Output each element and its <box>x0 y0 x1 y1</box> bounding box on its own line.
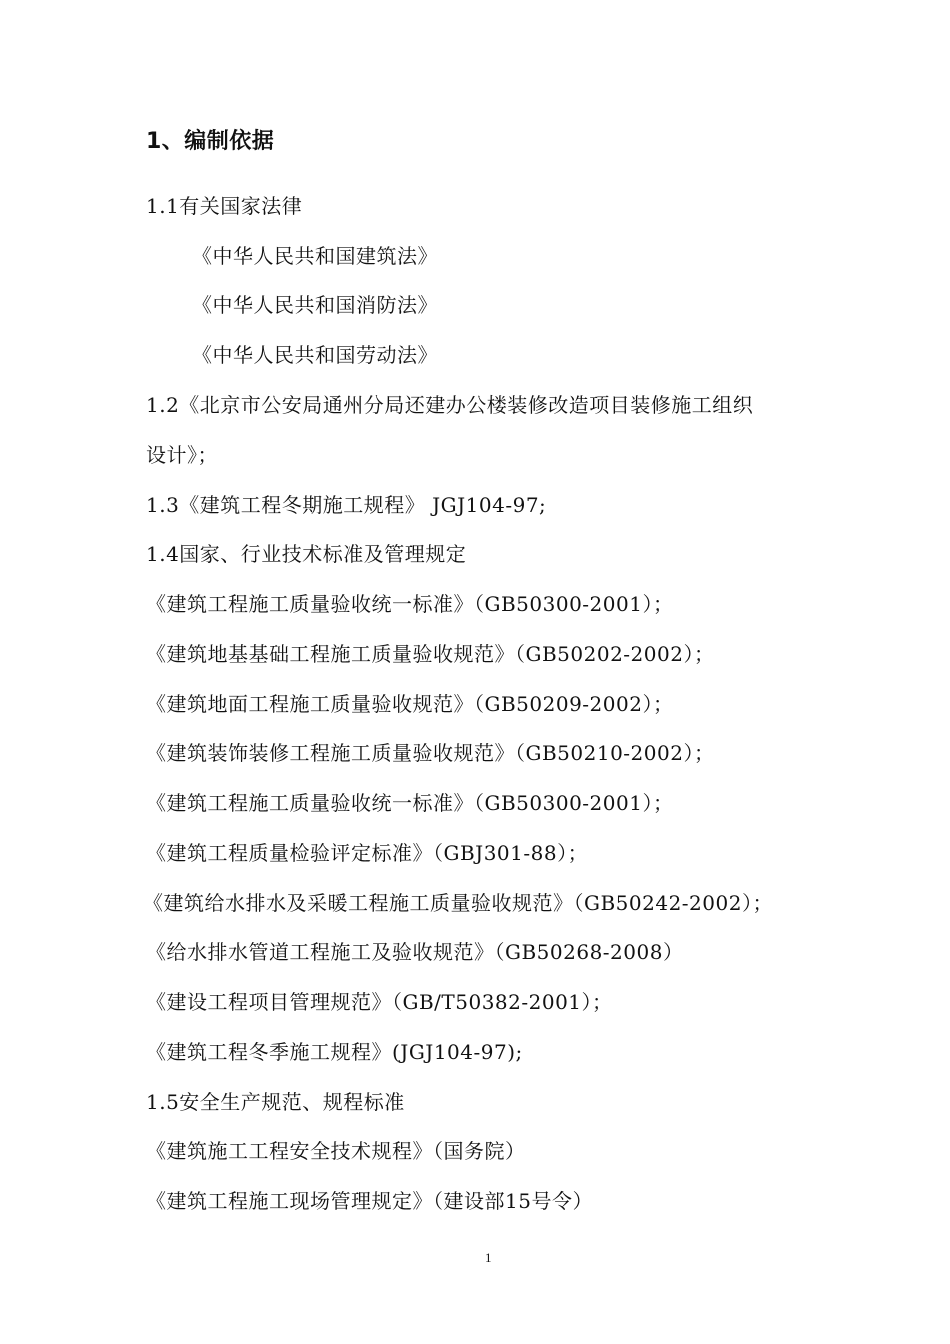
standard-item: 《建设工程项目管理规范》（GB/T50382-2001）； <box>146 990 613 1014</box>
standard-item: 《建筑地基基础工程施工质量验收规范》（GB50202-2002）； <box>146 642 714 666</box>
law-item: 《中华人民共和国建筑法》 <box>192 244 438 268</box>
standard-item: 《建筑给水排水及采暖工程施工质量验收规范》（GB50242-2002）； <box>143 891 773 915</box>
safety-item: 《建筑工程施工现场管理规定》（建设部15号令） <box>146 1189 593 1213</box>
page-number: 1 <box>485 1250 492 1266</box>
standard-item: 《建筑工程冬季施工规程》(JGJ104-97); <box>146 1040 523 1064</box>
standard-item: 《建筑装饰装修工程施工质量验收规范》（GB50210-2002）； <box>146 741 714 765</box>
standard-item: 《建筑地面工程施工质量验收规范》（GB50209-2002）； <box>146 692 673 716</box>
law-item: 《中华人民共和国劳动法》 <box>192 343 438 367</box>
subsection-1-2: 1.2《北京市公安局通州分局还建办公楼装修改造项目装修施工组织 <box>146 393 753 417</box>
subsection-1-3: 1.3《建筑工程冬期施工规程》 JGJ104-97; <box>146 493 546 517</box>
standard-item: 《给水排水管道工程施工及验收规范》（GB50268-2008） <box>146 940 683 964</box>
standard-item: 《建筑工程施工质量验收统一标准》（GB50300-2001）； <box>146 791 673 815</box>
section-heading: 1、编制依据 <box>146 130 274 154</box>
subsection-1-4: 1.4国家、行业技术标准及管理规定 <box>146 542 466 566</box>
document-page: 1、编制依据 1.1有关国家法律 《中华人民共和国建筑法》 《中华人民共和国消防… <box>0 0 950 1344</box>
standard-item: 《建筑工程质量检验评定标准》（GBJ301-88）； <box>146 841 588 865</box>
safety-item: 《建筑施工工程安全技术规程》（国务院） <box>146 1139 526 1163</box>
standard-item: 《建筑工程施工质量验收统一标准》（GB50300-2001）； <box>146 592 673 616</box>
subsection-1-5: 1.5安全生产规范、规程标准 <box>146 1090 405 1114</box>
subsection-1-2-cont: 设计》； <box>146 443 218 467</box>
subsection-1-1: 1.1有关国家法律 <box>146 194 302 218</box>
law-item: 《中华人民共和国消防法》 <box>192 293 438 317</box>
